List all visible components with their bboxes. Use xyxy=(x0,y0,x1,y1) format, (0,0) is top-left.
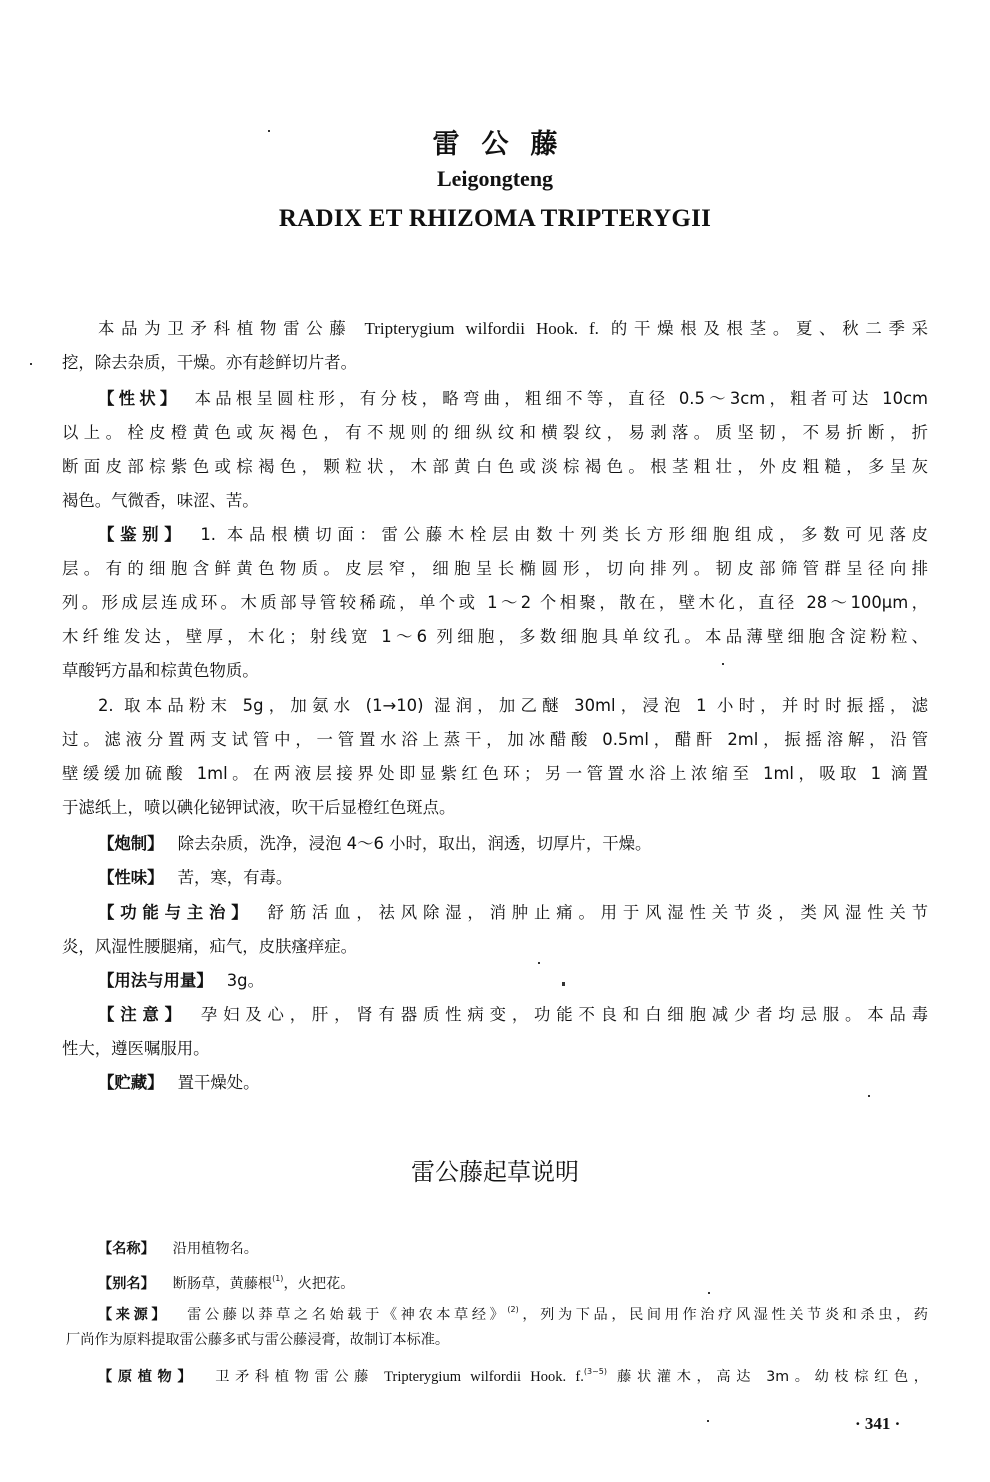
notes-tag-name: 【名称】 xyxy=(98,1241,155,1257)
precautions-text: 孕妇及心，肝，肾有器质性病变，功能不良和白细胞减少者均忌服。本品毒 xyxy=(201,1005,928,1024)
nature-flavor-line: 【性味】苦，寒，有毒。 xyxy=(98,866,928,890)
dosage-line: 【用法与用量】3g。 xyxy=(98,969,928,993)
section-tag-processing: 【炮制】 xyxy=(98,834,164,853)
monograph-title-chinese: 雷公藤 xyxy=(0,122,990,161)
drafting-notes-title: 雷公藤起草说明 xyxy=(0,1152,990,1187)
reference-marker: (1) xyxy=(272,1274,283,1283)
processing-line: 【炮制】除去杂质，洗净，浸泡 4～6 小时，取出，润透，切厚片，干燥。 xyxy=(98,832,928,856)
identification-text: 1. 本品根横切面：雷公藤木栓层由数十列类长方形细胞组成，多数可见落皮 xyxy=(200,525,928,544)
notes-source-line-1: 【来源】雷公藤以莽草之名始载于《神农本草经》(2)，列为下品，民间用作治疗风湿性… xyxy=(98,1299,928,1321)
description-line-4: 褐色。气微香，味涩、苦。 xyxy=(62,489,928,513)
notes-plant-text-cont: 藤状灌木，高达 3m。幼枝棕红色， xyxy=(617,1369,928,1385)
precautions-line-1: 【注意】孕妇及心，肝，肾有器质性病变，功能不良和白细胞减少者均忌服。本品毒 xyxy=(98,1003,928,1027)
section-tag-identification: 【鉴别】 xyxy=(98,525,186,544)
dosage-text: 3g。 xyxy=(227,971,264,990)
page-number: · 341 · xyxy=(855,1414,900,1434)
notes-tag-original-plant: 【原植物】 xyxy=(98,1369,197,1385)
scan-speck xyxy=(722,663,724,665)
latin-species-name: Tripterygium wilfordii Hook. f. xyxy=(384,1369,584,1385)
storage-text: 置干燥处。 xyxy=(178,1073,260,1092)
description-line-2: 以上。栓皮橙黄色或灰褐色，有不规则的细纵纹和横裂纹，易剥落。质坚韧，不易折断，折 xyxy=(62,421,928,445)
storage-line: 【贮藏】置干燥处。 xyxy=(98,1071,928,1095)
nature-flavor-text: 苦，寒，有毒。 xyxy=(178,868,293,887)
notes-plant-line: 【原植物】卫矛科植物雷公藤 Tripterygium wilfordii Hoo… xyxy=(98,1361,928,1383)
scan-speck xyxy=(708,1292,710,1294)
section-tag-precautions: 【注意】 xyxy=(98,1005,187,1024)
notes-alias-text: 断肠草，黄藤根 xyxy=(173,1276,272,1292)
section-tag-nature-flavor: 【性味】 xyxy=(98,868,164,887)
description-text: 本品根呈圆柱形，有分枝，略弯曲，粗细不等，直径 0.5～3cm，粗者可达 10c… xyxy=(195,389,928,408)
identification-line-2: 层。有的细胞含鲜黄色物质。皮层窄，细胞呈长椭圆形，切向排列。韧皮部筛管群呈径向排 xyxy=(62,557,928,581)
document-page: 雷公藤 Leigongteng RADIX ET RHIZOMA TRIPTER… xyxy=(0,0,990,1482)
identification-line-5: 草酸钙方晶和棕黄色物质。 xyxy=(62,659,928,683)
scan-speck xyxy=(538,962,540,964)
notes-source-text: 雷公藤以莽草之名始载于《神农本草经》 xyxy=(187,1307,507,1323)
notes-name-text: 沿用植物名。 xyxy=(173,1241,258,1257)
notes-source-text-cont: ，列为下品，民间用作治疗风湿性关节炎和杀虫，药 xyxy=(519,1307,928,1323)
intro-text-a: 本品为卫矛科植物雷公藤 xyxy=(98,319,352,338)
scan-speck xyxy=(562,982,565,986)
precautions-line-2: 性大，遵医嘱服用。 xyxy=(62,1037,928,1061)
section-tag-description: 【性状】 xyxy=(98,389,181,408)
notes-source-line-2: 厂尚作为原料提取雷公藤多甙与雷公藤浸膏，故制订本标准。 xyxy=(66,1329,928,1351)
latin-species-name: Tripterygium wilfordii Hook. f. xyxy=(364,319,598,338)
identification-line-9: 于滤纸上，喷以碘化铋钾试液，吹干后显橙红色斑点。 xyxy=(62,796,928,820)
notes-alias-line: 【别名】断肠草，黄藤根(1)，火把花。 xyxy=(98,1268,928,1290)
scan-speck xyxy=(707,1420,709,1422)
identification-line-1: 【鉴别】1. 本品根横切面：雷公藤木栓层由数十列类长方形细胞组成，多数可见落皮 xyxy=(98,523,928,547)
scan-speck xyxy=(868,1095,870,1097)
identification-line-7: 过。滤液分置两支试管中，一管置水浴上蒸干，加冰醋酸 0.5ml，醋酐 2ml，振… xyxy=(62,728,928,752)
section-tag-dosage: 【用法与用量】 xyxy=(98,971,213,990)
reference-marker: (2) xyxy=(507,1305,518,1314)
scan-speck xyxy=(268,130,270,132)
scan-speck xyxy=(30,363,32,365)
notes-plant-text: 卫矛科植物雷公藤 xyxy=(215,1369,374,1385)
intro-line-2: 挖，除去杂质，干燥。亦有趁鲜切片者。 xyxy=(62,351,928,375)
identification-line-8: 壁缓缓加硫酸 1ml。在两液层接界处即显紫红色环；另一管置水浴上浓缩至 1ml，… xyxy=(62,762,928,786)
processing-text: 除去杂质，洗净，浸泡 4～6 小时，取出，润透，切厚片，干燥。 xyxy=(178,834,652,853)
monograph-title-latin: RADIX ET RHIZOMA TRIPTERYGII xyxy=(0,205,990,233)
identification-line-6: 2. 取本品粉末 5g，加氨水 (1→10) 湿润，加乙醚 30ml，浸泡 1 … xyxy=(98,694,928,718)
actions-line-2: 炎，风湿性腰腿痛，疝气，皮肤瘙痒症。 xyxy=(62,935,928,959)
section-tag-storage: 【贮藏】 xyxy=(98,1073,164,1092)
description-line-1: 【性状】本品根呈圆柱形，有分枝，略弯曲，粗细不等，直径 0.5～3cm，粗者可达… xyxy=(98,387,928,411)
notes-name-line: 【名称】沿用植物名。 xyxy=(98,1238,928,1260)
section-tag-actions: 【功能与主治】 xyxy=(98,903,253,922)
identification-line-4: 木纤维发达，壁厚，木化；射线宽 1～6 列细胞，多数细胞具单纹孔。本品薄壁细胞含… xyxy=(62,625,928,649)
intro-line-1: 本品为卫矛科植物雷公藤 Tripterygium wilfordii Hook.… xyxy=(98,317,928,341)
intro-text-b: 的干燥根及根茎。夏、秋二季采 xyxy=(611,319,928,338)
identification-line-3: 列。形成层连成环。木质部导管较稀疏，单个或 1～2 个相聚，散在，壁木化，直径 … xyxy=(62,591,928,615)
actions-line-1: 【功能与主治】舒筋活血，祛风除湿，消肿止痛。用于风湿性关节炎，类风湿性关节 xyxy=(98,901,928,925)
description-line-3: 断面皮部棕紫色或棕褐色，颗粒状，木部黄白色或淡棕褐色。根茎粗壮，外皮粗糙，多呈灰 xyxy=(62,455,928,479)
notes-tag-alias: 【别名】 xyxy=(98,1276,155,1292)
monograph-title-pinyin: Leigongteng xyxy=(0,166,990,192)
actions-text: 舒筋活血，祛风除湿，消肿止痛。用于风湿性关节炎，类风湿性关节 xyxy=(267,903,928,922)
notes-tag-source: 【来源】 xyxy=(98,1307,169,1323)
reference-marker: (3~5) xyxy=(584,1367,607,1376)
notes-alias-text-end: ，火把花。 xyxy=(283,1276,354,1292)
